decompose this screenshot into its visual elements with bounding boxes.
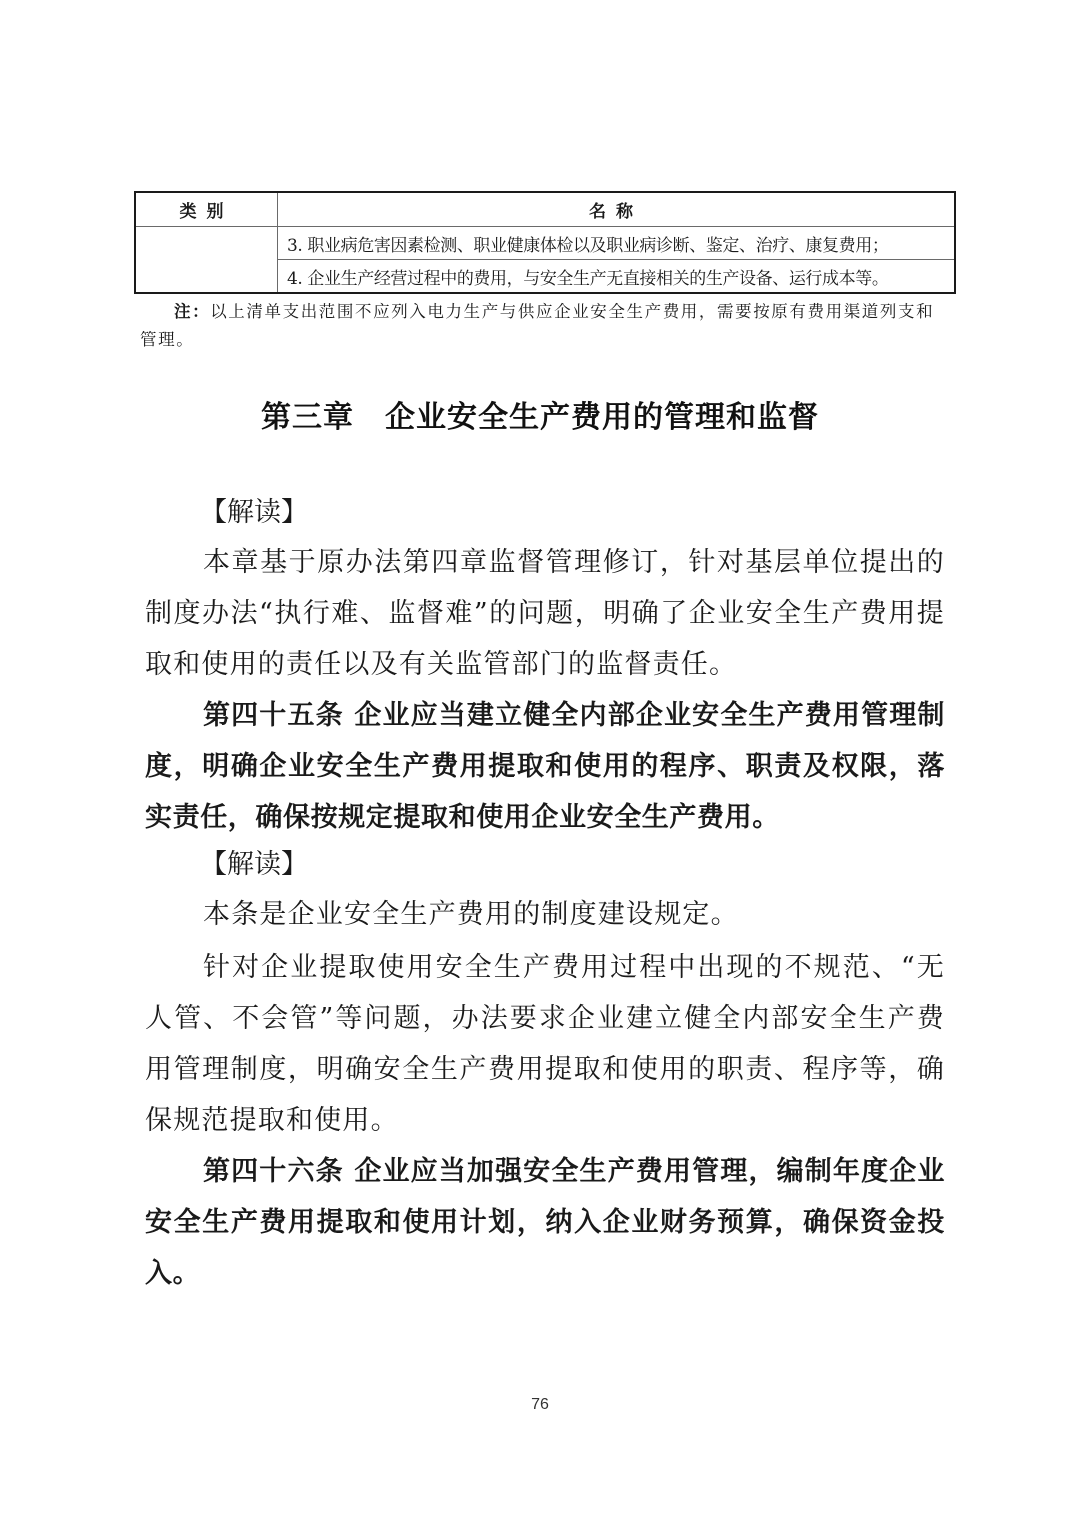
article-45-interpretation-summary: 本条是企业安全生产费用的制度建设规定。 bbox=[145, 889, 945, 940]
article-45: 第四十五条 企业应当建立健全内部企业安全生产费用管理制度，明确企业安全生产费用提… bbox=[145, 690, 945, 843]
chapter-interpretation-paragraph: 本章基于原办法第四章监督管理修订，针对基层单位提出的制度办法“执行难、监督难”的… bbox=[145, 537, 945, 690]
interpretation-label: 【解读】 bbox=[200, 842, 308, 881]
note-label: 注： bbox=[174, 302, 210, 321]
column-header-category: 类别 bbox=[135, 192, 278, 227]
note-text: 以上清单支出范围不应列入电力生产与供应企业安全生产费用，需要按原有费用渠道列支和… bbox=[140, 302, 934, 349]
category-cell bbox=[135, 227, 278, 294]
chapter-title: 第三章 企业安全生产费用的管理和监督 bbox=[0, 392, 1080, 436]
column-header-name: 名称 bbox=[278, 192, 956, 227]
table-note: 注：以上清单支出范围不应列入电力生产与供应企业安全生产费用，需要按原有费用渠道列… bbox=[140, 298, 952, 354]
name-cell: 3. 职业病危害因素检测、职业健康体检以及职业病诊断、鉴定、治疗、康复费用； bbox=[278, 227, 956, 260]
document-page: 类别 名称 3. 职业病危害因素检测、职业健康体检以及职业病诊断、鉴定、治疗、康… bbox=[0, 0, 1080, 1527]
table-header-row: 类别 名称 bbox=[135, 192, 955, 227]
name-cell: 4. 企业生产经营过程中的费用，与安全生产无直接相关的生产设备、运行成本等。 bbox=[278, 260, 956, 294]
table-row: 3. 职业病危害因素检测、职业健康体检以及职业病诊断、鉴定、治疗、康复费用； bbox=[135, 227, 955, 260]
article-45-interpretation-detail: 针对企业提取使用安全生产费用过程中出现的不规范、“无人管、不会管”等问题，办法要… bbox=[145, 942, 945, 1146]
article-46: 第四十六条 企业应当加强安全生产费用管理，编制年度企业安全生产费用提取和使用计划… bbox=[145, 1146, 945, 1299]
page-number: 76 bbox=[0, 1396, 1080, 1414]
interpretation-label: 【解读】 bbox=[200, 490, 308, 529]
expense-table: 类别 名称 3. 职业病危害因素检测、职业健康体检以及职业病诊断、鉴定、治疗、康… bbox=[134, 191, 956, 294]
